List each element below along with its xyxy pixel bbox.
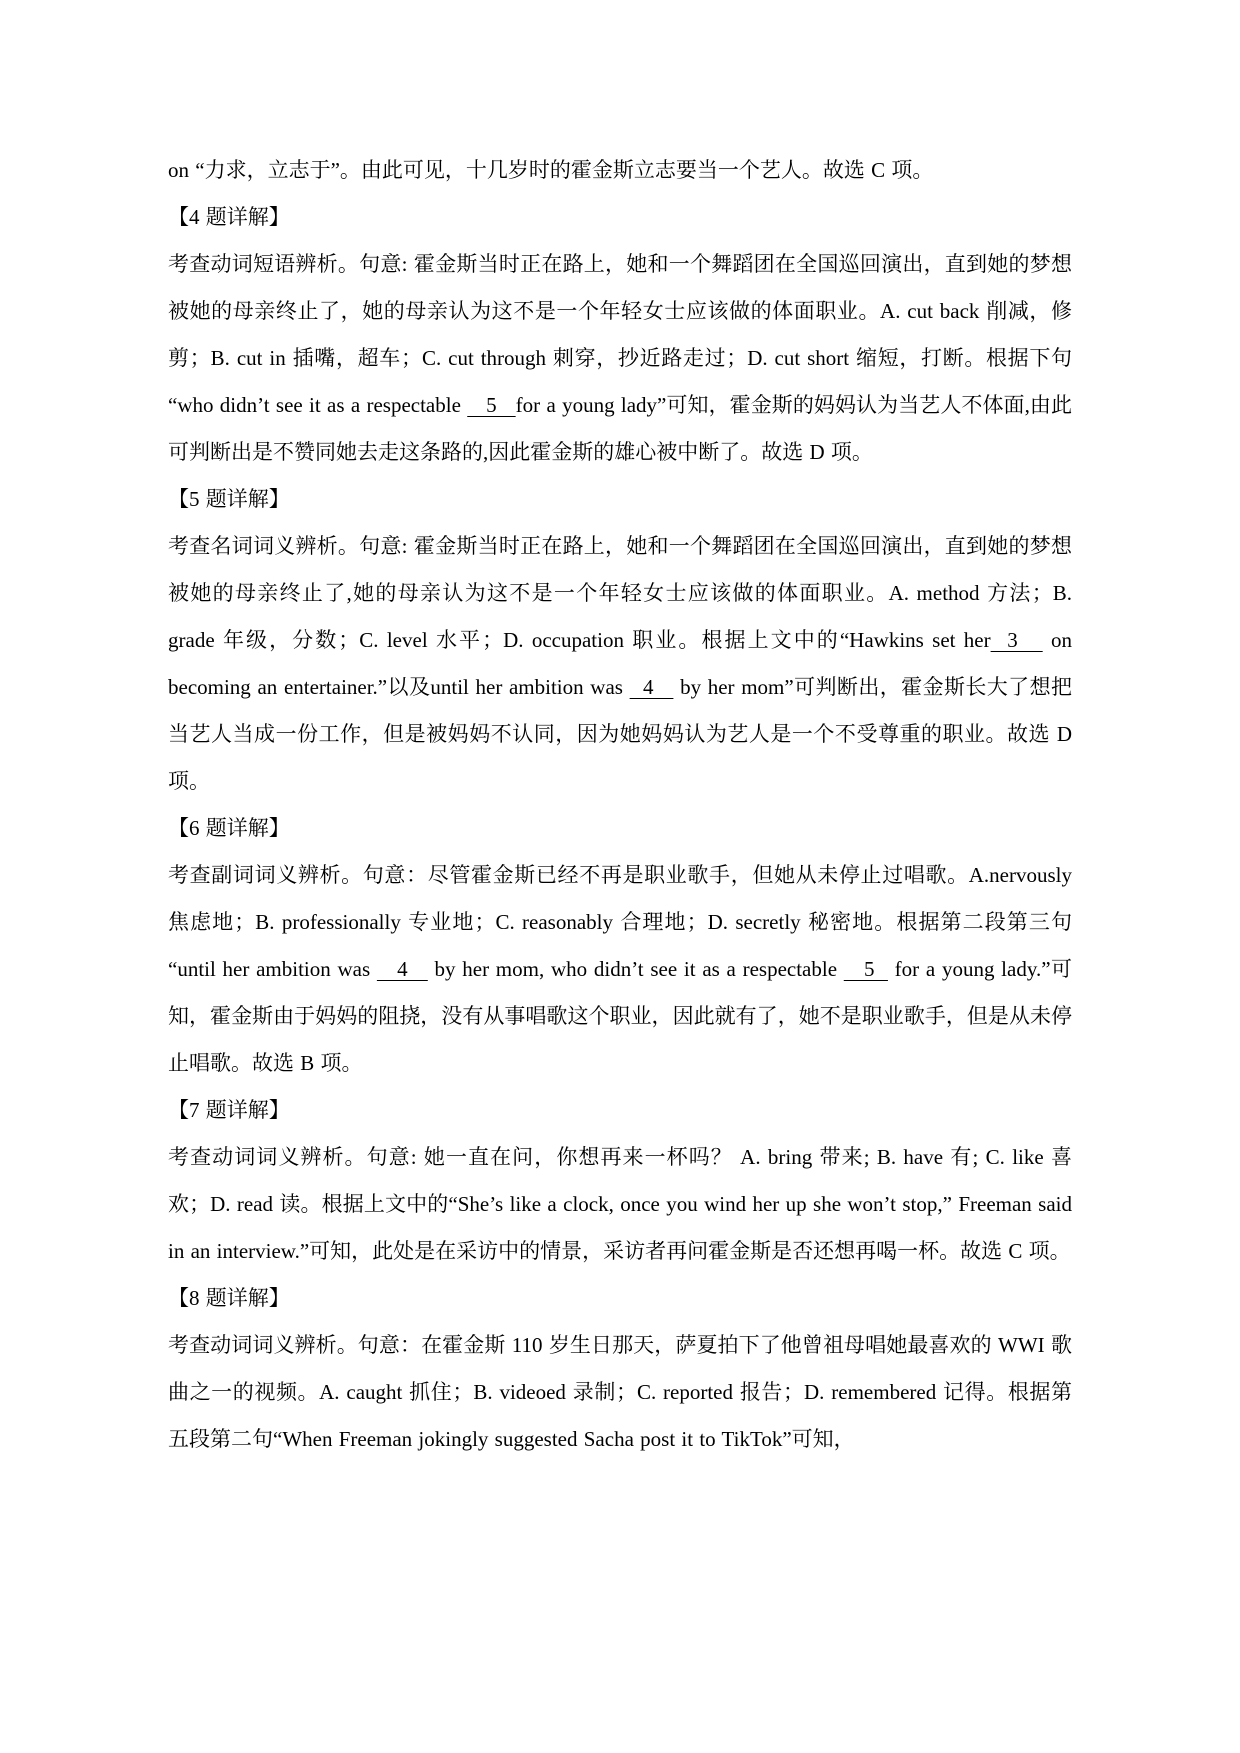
text-run: 考查动词词义辨析。句意：在霍金斯 110 岁生日那天，萨夏拍下了他曾祖母唱她最喜… (168, 1333, 1072, 1451)
blank-answer: 5 (467, 393, 515, 417)
paragraph-q4-analysis: 考查动词短语辨析。句意: 霍金斯当时正在路上，她和一个舞蹈团在全国巡回演出，直到… (168, 241, 1072, 476)
text-run: 考查名词词义辨析。句意: 霍金斯当时正在路上，她和一个舞蹈团在全国巡回演出，直到… (168, 534, 1078, 652)
heading-q8: 【8 题详解】 (168, 1275, 1072, 1322)
blank-answer: 4 (377, 957, 428, 981)
text-run: 【4 题详解】 (168, 205, 290, 229)
text-run: 【7 题详解】 (168, 1098, 290, 1122)
document-page: on “力求，立志于”。由此可见，十几岁时的霍金斯立志要当一个艺人。故选 C 项… (0, 0, 1240, 1753)
text-run: by her mom, who didn’t see it as a respe… (428, 957, 844, 981)
heading-q6: 【6 题详解】 (168, 805, 1072, 852)
paragraph-q8-analysis: 考查动词词义辨析。句意：在霍金斯 110 岁生日那天，萨夏拍下了他曾祖母唱她最喜… (168, 1322, 1072, 1463)
text-run: 【8 题详解】 (168, 1286, 290, 1310)
blank-answer: 4 (630, 675, 674, 699)
paragraph-q6-analysis: 考查副词词义辨析。句意：尽管霍金斯已经不再是职业歌手，但她从未停止过唱歌。A.n… (168, 852, 1072, 1087)
paragraph-q3-conclusion: on “力求，立志于”。由此可见，十几岁时的霍金斯立志要当一个艺人。故选 C 项… (168, 147, 1072, 194)
document-body: on “力求，立志于”。由此可见，十几岁时的霍金斯立志要当一个艺人。故选 C 项… (168, 147, 1072, 1463)
blank-answer: 5 (844, 957, 888, 981)
text-run: on “力求，立志于”。由此可见，十几岁时的霍金斯立志要当一个艺人。故选 C 项… (168, 158, 933, 182)
text-run: 考查动词词义辨析。句意: 她一直在问，你想再来一杯吗？ A. bring 带来;… (168, 1145, 1078, 1263)
paragraph-q5-analysis: 考查名词词义辨析。句意: 霍金斯当时正在路上，她和一个舞蹈团在全国巡回演出，直到… (168, 523, 1072, 805)
text-run: 【5 题详解】 (168, 487, 290, 511)
paragraph-q7-analysis: 考查动词词义辨析。句意: 她一直在问，你想再来一杯吗？ A. bring 带来;… (168, 1134, 1072, 1275)
heading-q7: 【7 题详解】 (168, 1087, 1072, 1134)
heading-q4: 【4 题详解】 (168, 194, 1072, 241)
heading-q5: 【5 题详解】 (168, 476, 1072, 523)
text-run: 【6 题详解】 (168, 816, 290, 840)
blank-answer: 3 (991, 628, 1043, 652)
